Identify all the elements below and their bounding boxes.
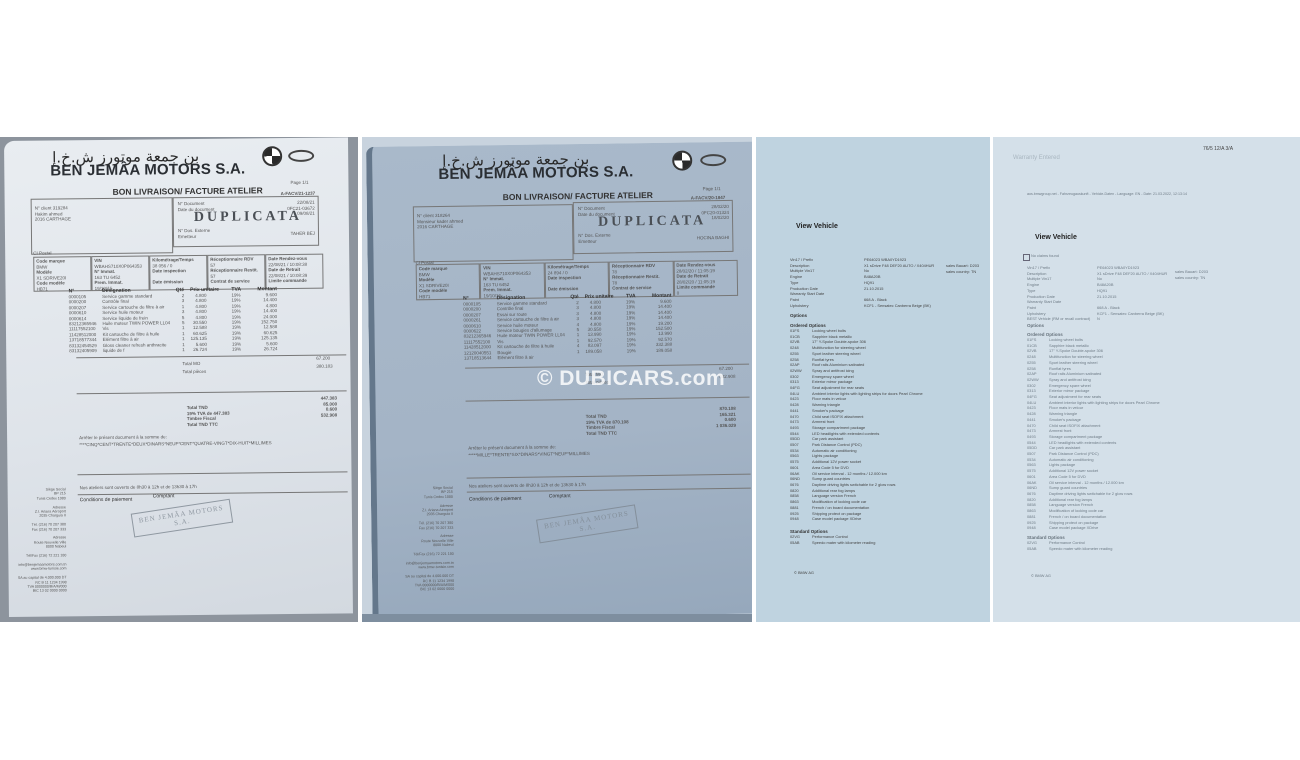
vehicle-info-cell: Kilométrage/Temps38 056 / 0Date inspecti… [149,255,207,291]
footer-line: BIC 13 02 0000 0000 [398,587,454,592]
table-cell [650,353,676,359]
vehicle-report-scan-1: View Vehicle Vin17 / PrefixDescriptionMu… [756,137,990,622]
standard-option-codes: 02VG05AB [790,534,800,545]
side-field: sales country: TN [946,269,979,275]
workshop-hours-note: Nos ateliers sont ouverts de 8h30 à 12h … [80,484,197,491]
amount-sentence: Arrêter le présent document à la somme d… [468,444,556,451]
option-code: 05AB [790,540,800,546]
divider [466,397,750,402]
field-label: Upholstery [790,303,824,309]
vehicle-field-values: PE64023 WBA0YD1923X1 sDrive F48 DEF20 AU… [864,257,934,308]
side-field: sales Bauart: D203 [1175,269,1208,275]
total-value: 532.908 [321,412,337,418]
vehicle-field-labels: Vin17 / PrefixDescriptionMultiple Vin17E… [1027,265,1090,322]
table-cell: Elément filtre à air [494,354,568,360]
option-code: 0948 [790,516,802,522]
postal-label: CI Postal [33,251,51,257]
copyright: © BMW AG [794,570,814,576]
standard-option-descriptions: Performance ControlSpeedo mater with kil… [812,534,875,545]
company-name: BEN JEMÂA MOTORS S.A. [50,160,245,179]
total-label: Total TND TTC [187,421,230,427]
no-claims-checkbox[interactable] [1023,254,1030,261]
issuer-label: Emetteur [178,234,215,240]
duplicata-stamp: DUPLICATA [194,209,302,226]
divider [76,354,346,358]
client-address: 2016 CARTHAGE [417,222,572,230]
mini-logo-icon [288,150,314,162]
vehicle-info-text: 0 [677,290,735,296]
payment-terms-label: Conditions de paiement [469,497,522,503]
company-stamp: BEN JEMÂA MOTORS S.A. [536,504,638,543]
table-cell: liquide de f [100,347,174,353]
total-mo-label: Total MO [182,361,200,367]
option-code: 02VG [1027,540,1037,546]
vehicle-info-cell: Date Rendez-vous22/08/21 / 10:08:38Date … [265,254,323,290]
table-cell [624,353,650,359]
option-code: 0948 [1027,525,1039,531]
option-description: Speedo mater with kilometer reading [1049,546,1112,552]
client-box: N° client 319284 Hakim ahmed 2016 CARTHA… [31,197,174,254]
field-value: X1 sDrive F48 DEF20 AUTO / X404HUR [1097,271,1167,277]
vehicle-info-text: Réceptionnaire Restit. [210,267,262,273]
amount-sentence: Arrêter le présent document à la somme d… [79,434,167,441]
vehicle-side-fields: sales Bauart: D203sales country: TN [1175,269,1208,280]
copyright: © BMW AG [1031,573,1051,579]
table-cell: 13718513644 [461,355,495,361]
table-row: 83132405909liquide de f126.72419%26.724 [66,346,280,354]
vehicle-info-cell: Date Rendez-vous28/02/20 / 11:05:19Date … [673,260,738,297]
standard-option-codes: 02VG05AB [1027,540,1037,551]
divider [77,390,347,394]
document-title: BON LIVRAISON/ FACTURE ATELIER [503,190,653,202]
bmw-logo-icon [262,146,282,166]
invoice-sheet: بن جمعة موتورز ش.خ.إ BEN JEMÂA MOTORS S.… [4,137,353,617]
company-footer: Siège SocialBP 215Tunis Cedex 1080 Adres… [16,487,67,593]
option-description: Case model package XDrive [812,516,923,522]
items-table: N°DésignationQtéPrix unitaireTVAMontant0… [66,286,281,354]
table-cell [568,354,582,360]
table-cell: 83132405909 [66,348,100,354]
table-cell: Huile moteur TWIN POWER LL04 [494,333,568,339]
company-footer: Siège SocialBP 215Tunis Cedex 1080 Adres… [397,486,454,593]
document-box: N° Document Date du document N° Dos. Ext… [173,196,320,248]
totals-values: 447.38385.0000.600532.908 [321,396,338,419]
issuer-value: TAHER BEJ [287,231,315,237]
view-vehicle-title: View Vehicle [796,223,838,230]
option-code: 05AB [1027,546,1037,552]
client-box: N° client 318264 Monsieur kader ahmed 20… [413,204,574,262]
workshop-hours-note: Nos ateliers sont ouverts de 8h30 à 12h … [469,482,586,489]
vehicle-field-values: PE64023 WBA0YD1923X1 sDrive F48 DEF20 AU… [1097,265,1167,322]
vehicle-field-labels: Vin17 / PrefixDescriptionMultiple Vin17E… [790,257,824,308]
field-value: X1 sDrive F48 DEF20 AUTO / X404HUR [864,263,934,269]
document-box: N° Document Date du document N° Dos. Ext… [573,200,734,254]
ordered-option-codes: 01FS01CB02VB02480255025802AP02WW03020313… [790,328,802,522]
dubicars-watermark: © DUBICARS.com [537,367,725,391]
divider [78,491,348,495]
standard-option-descriptions: Performance ControlSpeedo mater with kil… [1049,540,1112,551]
scan-shadow [362,614,752,622]
total-pieces-value: 380.183 [316,364,332,370]
vehicle-info-cell: Code marqueBMWModèleX1 SDRIVE20ICode mod… [33,256,91,292]
ordered-option-descriptions: Locking wheel boltsSapphire black metall… [812,328,923,522]
side-field: sales Bauart: D203 [946,263,979,269]
table-cell: 1 [173,347,187,353]
totals-labels: Total TND19% TVA de 447.383Timbre Fiscal… [187,405,230,428]
issuer-value: HOCINA BAGHI [697,235,730,241]
no-claims-label: No claims found [1031,253,1059,259]
handwritten-marks: 76/5 12/A 3/A [1203,147,1233,153]
totals-labels: Total TND19% TVA de 870.108Timbre Fiscal… [586,413,629,436]
field-label: BEST Vehicle (RM or recall contract) [1027,316,1090,322]
view-vehicle-title: View Vehicle [1035,234,1077,241]
portal-title: Warranty Entered [1013,155,1060,161]
page-number: Page 1/1 [703,186,721,192]
duplicata-stamp: DUPLICATA [598,213,706,231]
amount-in-words: ****CINQ*CENT*TRENTE*DEUX*DINARS*NEUF*CE… [79,440,272,448]
totals-values: 870.108165.3210.6001 036.029 [716,406,736,429]
vehicle-info-cell: Réceptionnaire RDV57Réceptionnaire Resti… [207,254,265,290]
external-ref-label: N° Dos. Externe [178,228,215,234]
side-field: sales country: TN [1175,275,1208,281]
table-cell: 19% [229,346,255,352]
issuer-label: Emetteur [578,238,615,244]
total-mo-value: 67.200 [316,356,330,362]
option-description: Speedo mater with kilometer reading [812,540,875,546]
client-address: 2016 CARTHAGE [35,215,172,222]
table-cell: 26.724 [188,347,229,353]
footer-line: BIC 13 02 0000 0000 [17,589,67,594]
total-label: Total TND TTC [586,430,629,436]
mini-logo-icon [700,154,726,166]
invoice-scan-1: بن جمعة موتورز ش.خ.إ BEN JEMÂA MOTORS S.… [0,137,358,622]
vehicle-side-fields: sales Bauart: D203sales country: TN [946,263,979,274]
vehicle-info-row: Code marqueBMWModèleX1 SDRIVE20ICode mod… [33,254,323,292]
company-name: BEN JEMÂA MOTORS S.A. [438,163,633,183]
divider [467,474,751,479]
options-heading: Options [790,313,807,318]
vehicle-report-scan-2: 76/5 12/A 3/A Warranty Entered aos.bmwgr… [993,137,1300,622]
company-stamp: BEN JEMÂA MOTORS S.A. [131,499,233,538]
options-heading: Options [1027,323,1044,328]
payment-terms-value: Comptant [549,494,571,500]
payment-terms-value: Comptant [153,494,175,500]
option-code: 02WW [1027,377,1039,383]
field-value: KCF1 - Sensatec Canberra Beige (BK) [864,303,934,309]
payment-terms-label: Conditions de paiement [80,498,133,504]
option-code: 02VG [790,534,800,540]
total-value: 1 036.029 [716,423,736,429]
url-line: aos.bmwgroup.net - Fahrzeugauskunft - Ve… [1027,192,1187,198]
document-title: BON LIVRAISON/ FACTURE ATELIER [112,185,262,197]
table-cell [582,353,623,359]
option-description: Case model package XDrive [1049,525,1160,531]
ordered-option-codes: 01FS01CB02VB02480255025802AP02WW03020313… [1027,337,1039,531]
ordered-option-descriptions: Locking wheel boltsSapphire black metall… [1049,337,1160,531]
items-table: N°DésignationQtéPrix unitaireTVAMontant0… [460,293,675,361]
table-cell: 26.724 [255,346,281,352]
total-pieces-label: Total pièces [182,369,206,375]
divider [77,471,347,475]
field-value: KCF1 - Sensatec Canberra Beige (BK) [1097,311,1167,317]
option-code: 02WW [790,368,802,374]
amount-in-words: *****MILLE*TRENTE*SIX*DINARS*VINGT*NEUF*… [468,451,590,458]
external-ref-label: N° Dos. Externe [578,233,615,239]
total-value: 447.383 [321,396,337,402]
vehicle-info-cell: VINWBAHS710X0P064353N° Immat.163 TU 6452… [91,255,149,291]
bmw-logo-icon [672,150,692,170]
page-number: Page 1/1 [290,180,308,186]
field-value: N [1097,316,1167,322]
